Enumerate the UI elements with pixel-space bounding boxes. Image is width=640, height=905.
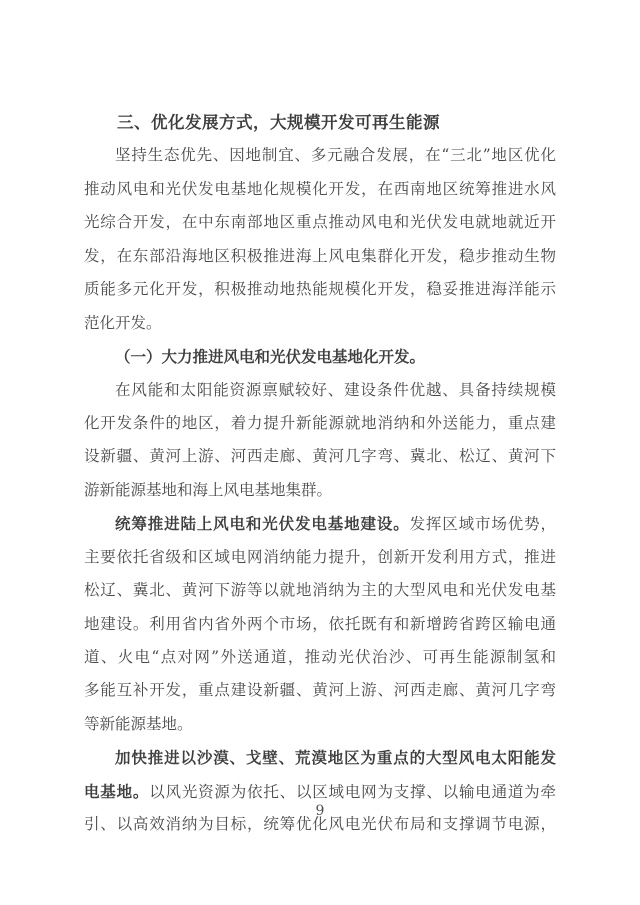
- text-segment: 推动风电和光伏发电基地化规模化开发，在西南地区统筹推进水风: [84, 180, 556, 198]
- text-segment: 质能多元化开发，积极推动地热能规模化开发，稳妥推进海洋能示: [84, 280, 556, 298]
- text-segment: 范化开发。: [84, 314, 162, 332]
- text-line: 质能多元化开发，积极推动地热能规模化开发，稳妥推进海洋能示: [84, 273, 556, 306]
- text-segment: 发挥区域市场优势，: [410, 515, 556, 533]
- text-segment: 加快推进以沙漠、戈壁、荒漠地区为重点的大型风电太阳能发: [115, 748, 556, 767]
- text-line: 范化开发。: [84, 307, 556, 340]
- text-line: 等新能源基地。: [84, 708, 556, 741]
- text-segment: 发，在东部沿海地区积极推进海上风电集群化开发，稳步推动生物: [84, 247, 556, 265]
- document-body: 坚持生态优先、因地制宜、多元融合发展，在“三北”地区优化推动风电和光伏发电基地化…: [84, 139, 556, 841]
- text-segment: 游新能源基地和海上风电基地集群。: [84, 481, 332, 499]
- text-line: 光综合开发，在中东南部地区重点推动风电和光伏发电就地就近开: [84, 206, 556, 239]
- text-segment: 地建设。利用省内省外两个市场，依托既有和新增跨省跨区输电通: [84, 615, 556, 633]
- document-page: 三、优化发展方式，大规模开发可再生能源 坚持生态优先、因地制宜、多元融合发展，在…: [0, 0, 640, 905]
- text-line: 松辽、冀北、黄河下游等以就地消纳为主的大型风电和光伏发电基: [84, 574, 556, 607]
- text-segment: 坚持生态优先、因地制宜、多元融合发展，在“三北”地区优化: [115, 146, 556, 164]
- text-segment: 主要依托省级和区域电网消纳能力提升，创新开发利用方式，推进: [84, 548, 556, 566]
- text-segment: （一）大力推进风电和光伏发电基地化开发。: [115, 347, 425, 366]
- text-segment: 松辽、冀北、黄河下游等以就地消纳为主的大型风电和光伏发电基: [84, 581, 556, 599]
- text-line: 加快推进以沙漠、戈壁、荒漠地区为重点的大型风电太阳能发: [84, 741, 556, 774]
- text-segment: 光综合开发，在中东南部地区重点推动风电和光伏发电就地就近开: [84, 213, 556, 231]
- text-line: 地建设。利用省内省外两个市场，依托既有和新增跨省跨区输电通: [84, 608, 556, 641]
- text-line: 发，在东部沿海地区积极推进海上风电集群化开发，稳步推动生物: [84, 240, 556, 273]
- text-line: 多能互补开发，重点建设新疆、黄河上游、河西走廊、黄河几字弯: [84, 674, 556, 707]
- text-line: 坚持生态优先、因地制宜、多元融合发展，在“三北”地区优化: [84, 139, 556, 172]
- text-segment: 道、火电“点对网”外送通道，推动光伏治沙、可再生能源制氢和: [84, 648, 556, 666]
- text-line: 在风能和太阳能资源禀赋较好、建设条件优越、具备持续规模: [84, 374, 556, 407]
- document-content: 三、优化发展方式，大规模开发可再生能源 坚持生态优先、因地制宜、多元融合发展，在…: [84, 106, 556, 842]
- text-segment: 统筹推进陆上风电和光伏发电基地建设。: [115, 514, 410, 533]
- text-line: 设新疆、黄河上游、河西走廊、黄河几字弯、冀北、松辽、黄河下: [84, 440, 556, 473]
- text-segment: 化开发条件的地区，着力提升新能源就地消纳和外送能力，重点建: [84, 414, 556, 432]
- section-heading: 三、优化发展方式，大规模开发可再生能源: [84, 106, 556, 139]
- text-segment: 等新能源基地。: [84, 715, 193, 733]
- text-line: 游新能源基地和海上风电基地集群。: [84, 474, 556, 507]
- text-segment: 多能互补开发，重点建设新疆、黄河上游、河西走廊、黄河几字弯: [84, 681, 556, 699]
- text-segment: 设新疆、黄河上游、河西走廊、黄河几字弯、冀北、松辽、黄河下: [84, 447, 556, 465]
- text-line: 化开发条件的地区，着力提升新能源就地消纳和外送能力，重点建: [84, 407, 556, 440]
- text-line: （一）大力推进风电和光伏发电基地化开发。: [84, 340, 556, 373]
- text-line: 道、火电“点对网”外送通道，推动光伏治沙、可再生能源制氢和: [84, 641, 556, 674]
- text-line: 统筹推进陆上风电和光伏发电基地建设。发挥区域市场优势，: [84, 507, 556, 540]
- text-segment: 电基地。: [84, 782, 149, 801]
- text-line: 推动风电和光伏发电基地化规模化开发，在西南地区统筹推进水风: [84, 173, 556, 206]
- text-segment: 在风能和太阳能资源禀赋较好、建设条件优越、具备持续规模: [115, 381, 556, 399]
- page-number: 9: [0, 803, 640, 819]
- text-line: 主要依托省级和区域电网消纳能力提升，创新开发利用方式，推进: [84, 541, 556, 574]
- text-segment: 以风光资源为依托、以区域电网为支撑、以输电通道为牵: [149, 783, 556, 801]
